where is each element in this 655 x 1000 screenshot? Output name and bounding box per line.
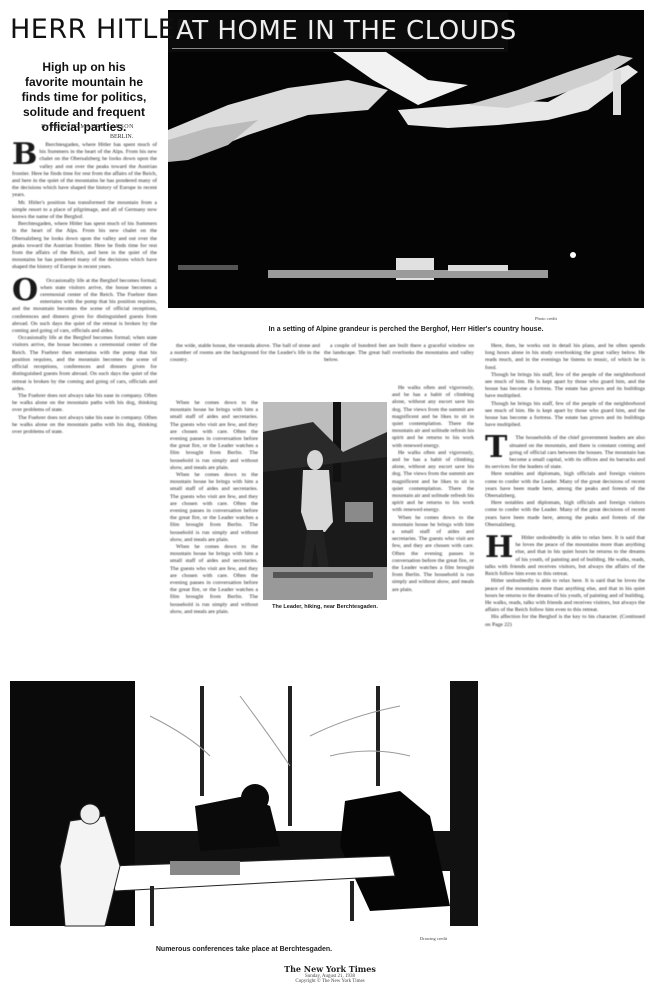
drop-cap: T xyxy=(485,435,507,461)
paragraph: Though he brings his staff, few of the p… xyxy=(485,401,645,430)
conference-drawing-image xyxy=(10,676,478,932)
paragraph: The households of the chief government l… xyxy=(485,435,645,471)
man-walking-image xyxy=(263,402,387,600)
paragraph: Here, then, he works out in detail his p… xyxy=(485,343,645,372)
dateline: BERLIN. xyxy=(110,134,133,140)
top-photo-berghof xyxy=(168,10,644,308)
bottom-illustration-caption: Numerous conferences take place at Berch… xyxy=(10,946,478,953)
drop-cap: B xyxy=(12,142,37,168)
paragraph: He walks often and vigorously, and he ha… xyxy=(392,450,474,515)
middle-column-left: When he comes down to the mountain house… xyxy=(170,400,258,670)
right-column: Here, then, he works out in detail his p… xyxy=(485,343,645,943)
mountain-landscape-image xyxy=(168,10,644,308)
paragraph: When he comes down to the mountain house… xyxy=(170,400,258,472)
byline: By HEDWIG MAURE CARSON xyxy=(20,124,155,130)
paragraph: the wide, stable house, the veranda abov… xyxy=(170,343,320,365)
paragraph: Though he brings his staff, few of the p… xyxy=(485,372,645,401)
middle-column-top: the wide, stable house, the veranda abov… xyxy=(170,343,320,398)
headline-part-2: AT HOME IN THE CLOUDS xyxy=(176,16,517,46)
paragraph: When he comes down to the mountain house… xyxy=(392,515,474,594)
paragraph: Here notables and diplomats, high offici… xyxy=(485,471,645,500)
paragraph: The Fuehrer does not always take his eas… xyxy=(12,393,157,415)
illustration-credit: Drawing credit xyxy=(420,936,447,941)
newspaper-footer: The New York Times Sunday, August 21, 19… xyxy=(250,964,410,984)
drop-cap: H xyxy=(485,535,513,561)
paragraph: Occasionally life at the Berghof becomes… xyxy=(12,335,157,393)
paragraph: Hitler undoubtedly is able to relax here… xyxy=(485,578,645,614)
paragraph: He walks often and vigorously, and he ha… xyxy=(392,385,474,450)
top-photo-caption: In a setting of Alpine grandeur is perch… xyxy=(168,326,644,333)
paragraph: Mr. Hitler's position has transformed th… xyxy=(12,200,157,222)
paragraph: a couple of hundred feet are built there… xyxy=(324,343,474,365)
middle-photo-hiking xyxy=(263,402,387,600)
center-column-right: He walks often and vigorously, and he ha… xyxy=(392,385,474,670)
headline-rule xyxy=(172,48,504,49)
paragraph: When he comes down to the mountain house… xyxy=(170,544,258,616)
paragraph: Here notables and diplomats, high offici… xyxy=(485,500,645,529)
headline-part-1: HERR HITLER xyxy=(10,14,195,45)
paragraph: When he comes down to the mountain house… xyxy=(170,472,258,544)
paragraph: The Fuehrer does not always take his eas… xyxy=(12,415,157,437)
drop-cap: O xyxy=(12,278,38,304)
bottom-illustration-conference xyxy=(10,676,478,932)
middle-photo-caption: The Leader, hiking, near Berchtesgaden. xyxy=(263,604,387,610)
masthead-title: The New York Times xyxy=(250,964,410,974)
masthead-copyright: Copyright © The New York Times xyxy=(250,979,410,984)
photo-credit: Photo credit xyxy=(535,316,557,321)
left-column: B Berchtesgaden, where Hitler has spent … xyxy=(12,142,157,672)
paragraph: Berchtesgaden, where Hitler has spent mu… xyxy=(12,221,157,271)
paragraph: His affection for the Berghof is the key… xyxy=(485,614,645,628)
